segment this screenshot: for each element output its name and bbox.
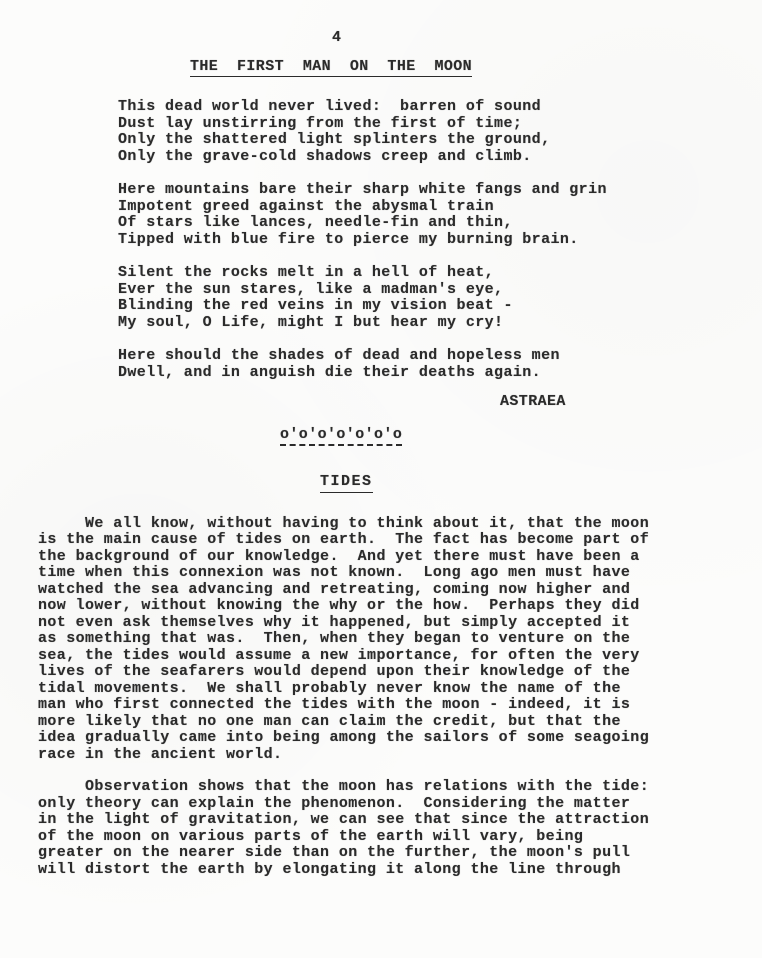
article-paragraph: We all know, without having to think abo… <box>38 516 762 764</box>
poem-section: THE FIRST MAN ON THE MOON This dead worl… <box>0 59 762 411</box>
poem-stanza: This dead world never lived: barren of s… <box>118 99 762 165</box>
poem-stanza: Silent the rocks melt in a hell of heat,… <box>118 265 762 331</box>
article-title: TIDES <box>320 474 373 493</box>
poem-stanzas: This dead world never lived: barren of s… <box>0 99 762 381</box>
page-number: 4 <box>332 30 762 47</box>
poem-title: THE FIRST MAN ON THE MOON <box>190 59 472 78</box>
tides-article: TIDES We all know, without having to thi… <box>0 474 762 878</box>
document-page: 4 THE FIRST MAN ON THE MOON This dead wo… <box>0 0 762 958</box>
poem-author-signature: ASTRAEA <box>500 394 762 411</box>
article-paragraph: Observation shows that the moon has rela… <box>38 779 762 878</box>
section-divider-ornament: o'o'o'o'o'o'o <box>280 427 402 447</box>
poem-stanza: Here should the shades of dead and hopel… <box>118 348 762 381</box>
article-paragraphs: We all know, without having to think abo… <box>0 516 762 879</box>
poem-stanza: Here mountains bare their sharp white fa… <box>118 182 762 248</box>
